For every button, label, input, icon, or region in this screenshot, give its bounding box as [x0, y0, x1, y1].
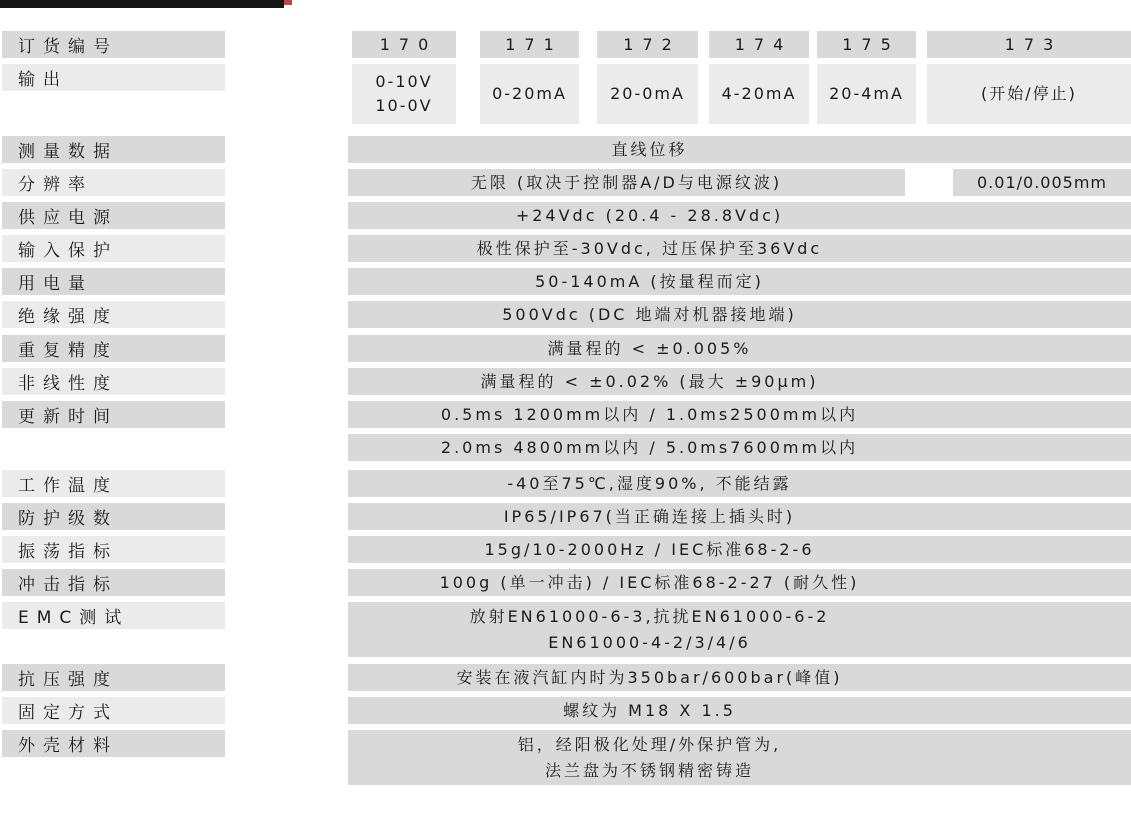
order-number-cell: 172 [597, 31, 698, 58]
row-label-pressure-rating: 抗压强度 [2, 664, 225, 691]
order-number-cell: 170 [352, 31, 456, 58]
row-label-protection-rating: 防护级数 [2, 503, 225, 530]
value-operating-temp: -40至75℃,湿度90%, 不能结露 [348, 470, 1131, 497]
value-measured-data: 直线位移 [348, 136, 1131, 163]
output-cell: (开始/停止) [927, 64, 1131, 124]
scan-artifact-red-mark [284, 0, 292, 5]
value-input-protection: 极性保护至-30Vdc, 过压保护至36Vdc [348, 235, 1131, 262]
housing-line: 铝，经阳极化处理/外保护管为, [518, 732, 781, 758]
row-label-emc-test: EMC测试 [2, 602, 225, 629]
row-label-resolution: 分辨率 [2, 169, 225, 196]
output-cell: 0-20mA [480, 64, 579, 124]
output-cell: 0-10V 10-0V [352, 64, 456, 124]
row-label-vibration: 振荡指标 [2, 536, 225, 563]
order-number-cell: 175 [817, 31, 916, 58]
order-number-cell: 174 [709, 31, 809, 58]
output-line: 0-10V [375, 70, 432, 94]
spec-sheet: 订货编号 170 171 172 174 175 173 输出 0-10V 10… [0, 0, 1131, 813]
output-line: 4-20mA [722, 82, 797, 106]
value-update-time-1: 0.5ms 1200mm以内 / 1.0ms2500mm以内 [348, 401, 1131, 428]
output-line: 20-4mA [829, 82, 904, 106]
row-label-operating-temp: 工作温度 [2, 470, 225, 497]
output-cell: 4-20mA [709, 64, 809, 124]
value-resolution: 无限 (取决于控制器A/D与电源纹波) [348, 169, 905, 196]
row-label-power-supply: 供应电源 [2, 202, 225, 229]
value-nonlinearity: 满量程的 < ±0.02% (最大 ±90μm) [348, 368, 1131, 395]
value-current-draw: 50-140mA (按量程而定) [348, 268, 1131, 295]
row-label-current-draw: 用电量 [2, 268, 225, 295]
row-label-nonlinearity: 非线性度 [2, 368, 225, 395]
order-number-cell: 173 [927, 31, 1131, 58]
value-housing-material: 铝，经阳极化处理/外保护管为, 法兰盘为不锈钢精密铸造 [348, 730, 1131, 785]
row-label-housing-material: 外壳材料 [2, 730, 225, 757]
row-label-measured-data: 测量数据 [2, 136, 225, 163]
value-protection-rating: IP65/IP67(当正确连接上插头时) [348, 503, 1131, 530]
row-label-update-time: 更新时间 [2, 401, 225, 428]
row-label-shock: 冲击指标 [2, 569, 225, 596]
output-cell: 20-0mA [597, 64, 698, 124]
housing-line: 法兰盘为不锈钢精密铸造 [545, 758, 754, 784]
scan-artifact-bar [0, 0, 284, 8]
row-label-output: 输出 [2, 64, 225, 91]
row-label-dielectric-strength: 绝缘强度 [2, 301, 225, 328]
value-vibration: 15g/10-2000Hz / IEC标准68-2-6 [348, 536, 1131, 563]
output-cell: 20-4mA [817, 64, 916, 124]
value-update-time-2: 2.0ms 4800mm以内 / 5.0ms7600mm以内 [348, 434, 1131, 461]
output-line: 0-20mA [492, 82, 567, 106]
value-pressure-rating: 安装在液汽缸内时为350bar/600bar(峰值) [348, 664, 1131, 691]
row-label-repeatability: 重复精度 [2, 335, 225, 362]
value-emc-test: 放射EN61000-6-3,抗扰EN61000-6-2 EN61000-4-2/… [348, 602, 1131, 657]
output-line: 20-0mA [610, 82, 685, 106]
value-shock: 100g (单一冲击) / IEC标准68-2-27 (耐久性) [348, 569, 1131, 596]
emc-line: EN61000-4-2/3/4/6 [548, 630, 751, 656]
emc-line: 放射EN61000-6-3,抗扰EN61000-6-2 [470, 604, 830, 630]
value-repeatability: 满量程的 < ±0.005% [348, 335, 1131, 362]
value-resolution-mm: 0.01/0.005mm [953, 169, 1131, 196]
value-dielectric-strength: 500Vdc (DC 地端对机器接地端) [348, 301, 1131, 328]
output-line: (开始/停止) [981, 82, 1077, 106]
order-number-cell: 171 [480, 31, 579, 58]
value-mounting: 螺纹为 M18 X 1.5 [348, 697, 1131, 724]
output-line: 10-0V [375, 94, 432, 118]
row-label-mounting: 固定方式 [2, 697, 225, 724]
row-label-input-protection: 输入保护 [2, 235, 225, 262]
row-label-order-number: 订货编号 [2, 31, 225, 58]
value-power-supply: +24Vdc (20.4 - 28.8Vdc) [348, 202, 1131, 229]
